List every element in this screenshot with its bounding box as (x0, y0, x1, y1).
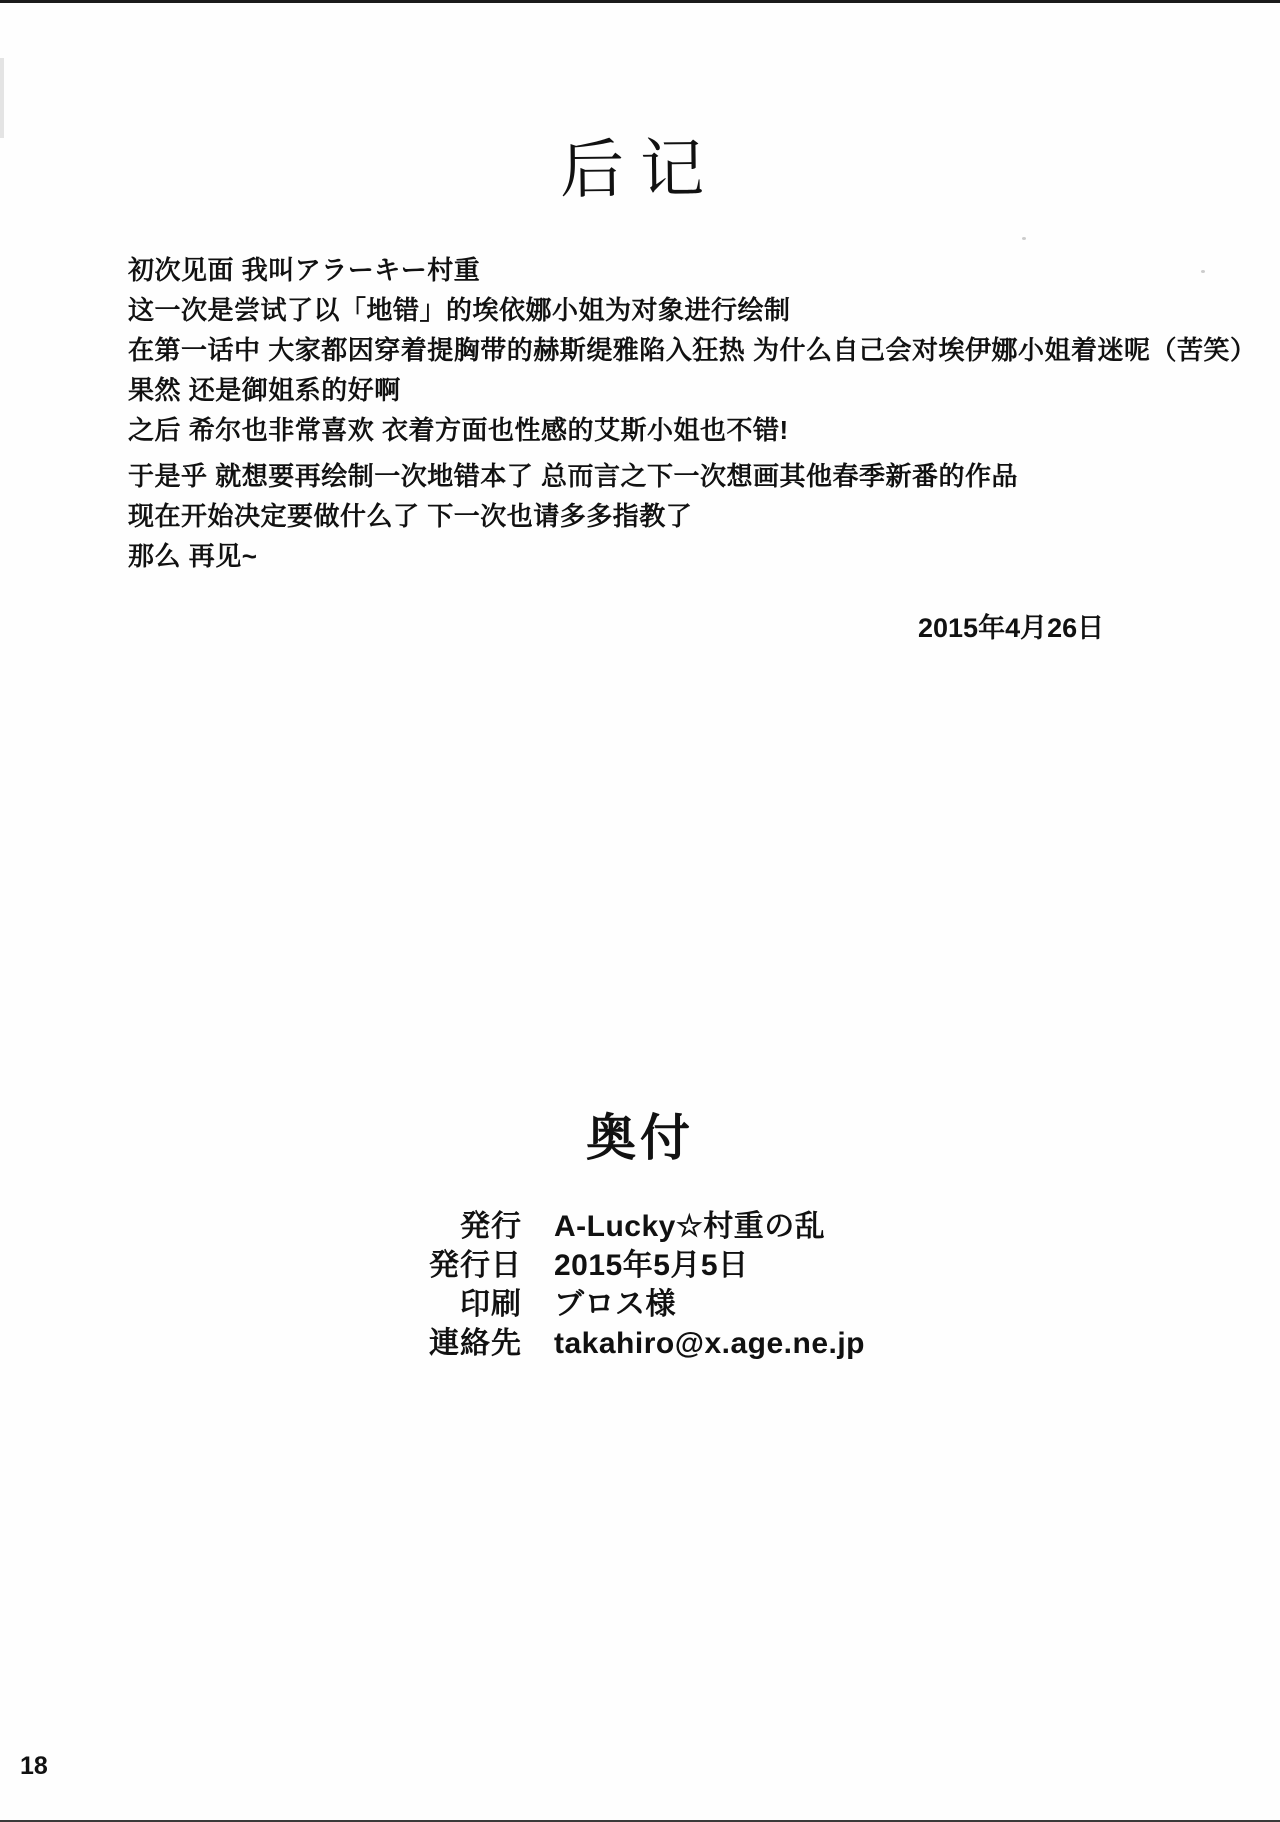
afterword-body: 初次见面 我叫アラーキー村重 这一次是尝试了以「地错」的埃依娜小姐为对象进行绘制… (128, 250, 1248, 576)
colophon-table: 発行 A-Lucky☆村重の乱 発行日 2015年5月5日 印刷 ブロス様 連絡… (410, 1207, 865, 1363)
colophon-label: 連絡先 (410, 1324, 522, 1363)
afterword-line: 初次见面 我叫アラーキー村重 (128, 250, 1248, 290)
colophon-row-publisher: 発行 A-Lucky☆村重の乱 (410, 1207, 865, 1246)
colophon-value: A-Lucky☆村重の乱 (554, 1207, 825, 1246)
page-number: 18 (20, 1752, 48, 1781)
afterword-line: 现在开始决定要做什么了 下一次也请多多指教了 (128, 496, 1248, 536)
colophon-contact-email: takahiro@x.age.ne.jp (554, 1324, 865, 1363)
afterword-line: 于是乎 就想要再绘制一次地错本了 总而言之下一次想画其他春季新番的作品 (128, 456, 1248, 496)
scan-artifact-top-edge (0, 0, 1280, 3)
colophon-label: 発行日 (410, 1246, 522, 1285)
colophon-label: 印刷 (410, 1285, 522, 1324)
colophon-row-contact: 連絡先 takahiro@x.age.ne.jp (410, 1324, 865, 1363)
colophon-value: ブロス様 (554, 1285, 676, 1324)
scan-artifact-speck (1022, 237, 1026, 240)
colophon-heading: 奥付 (0, 1098, 1280, 1170)
scanned-afterword-page: 后记 初次见面 我叫アラーキー村重 这一次是尝试了以「地错」的埃依娜小姐为对象进… (0, 0, 1280, 1822)
colophon-row-publish-date: 発行日 2015年5月5日 (410, 1246, 865, 1285)
afterword-line: 之后 希尔也非常喜欢 衣着方面也性感的艾斯小姐也不错! (128, 410, 1248, 450)
afterword-line: 在第一话中 大家都因穿着提胸带的赫斯缇雅陷入狂热 为什么自己会对埃伊娜小姐着迷呢… (128, 330, 1248, 370)
afterword-title: 后记 (0, 111, 1280, 216)
afterword-line: 那么 再见~ (128, 536, 1248, 576)
colophon-row-printer: 印刷 ブロス様 (410, 1285, 865, 1324)
afterword-date: 2015年4月26日 (918, 606, 1104, 645)
colophon-value: 2015年5月5日 (554, 1246, 749, 1285)
afterword-line: 果然 还是御姐系的好啊 (128, 370, 1248, 410)
colophon-label: 発行 (410, 1207, 522, 1246)
afterword-line: 这一次是尝试了以「地错」的埃依娜小姐为对象进行绘制 (128, 290, 1248, 330)
